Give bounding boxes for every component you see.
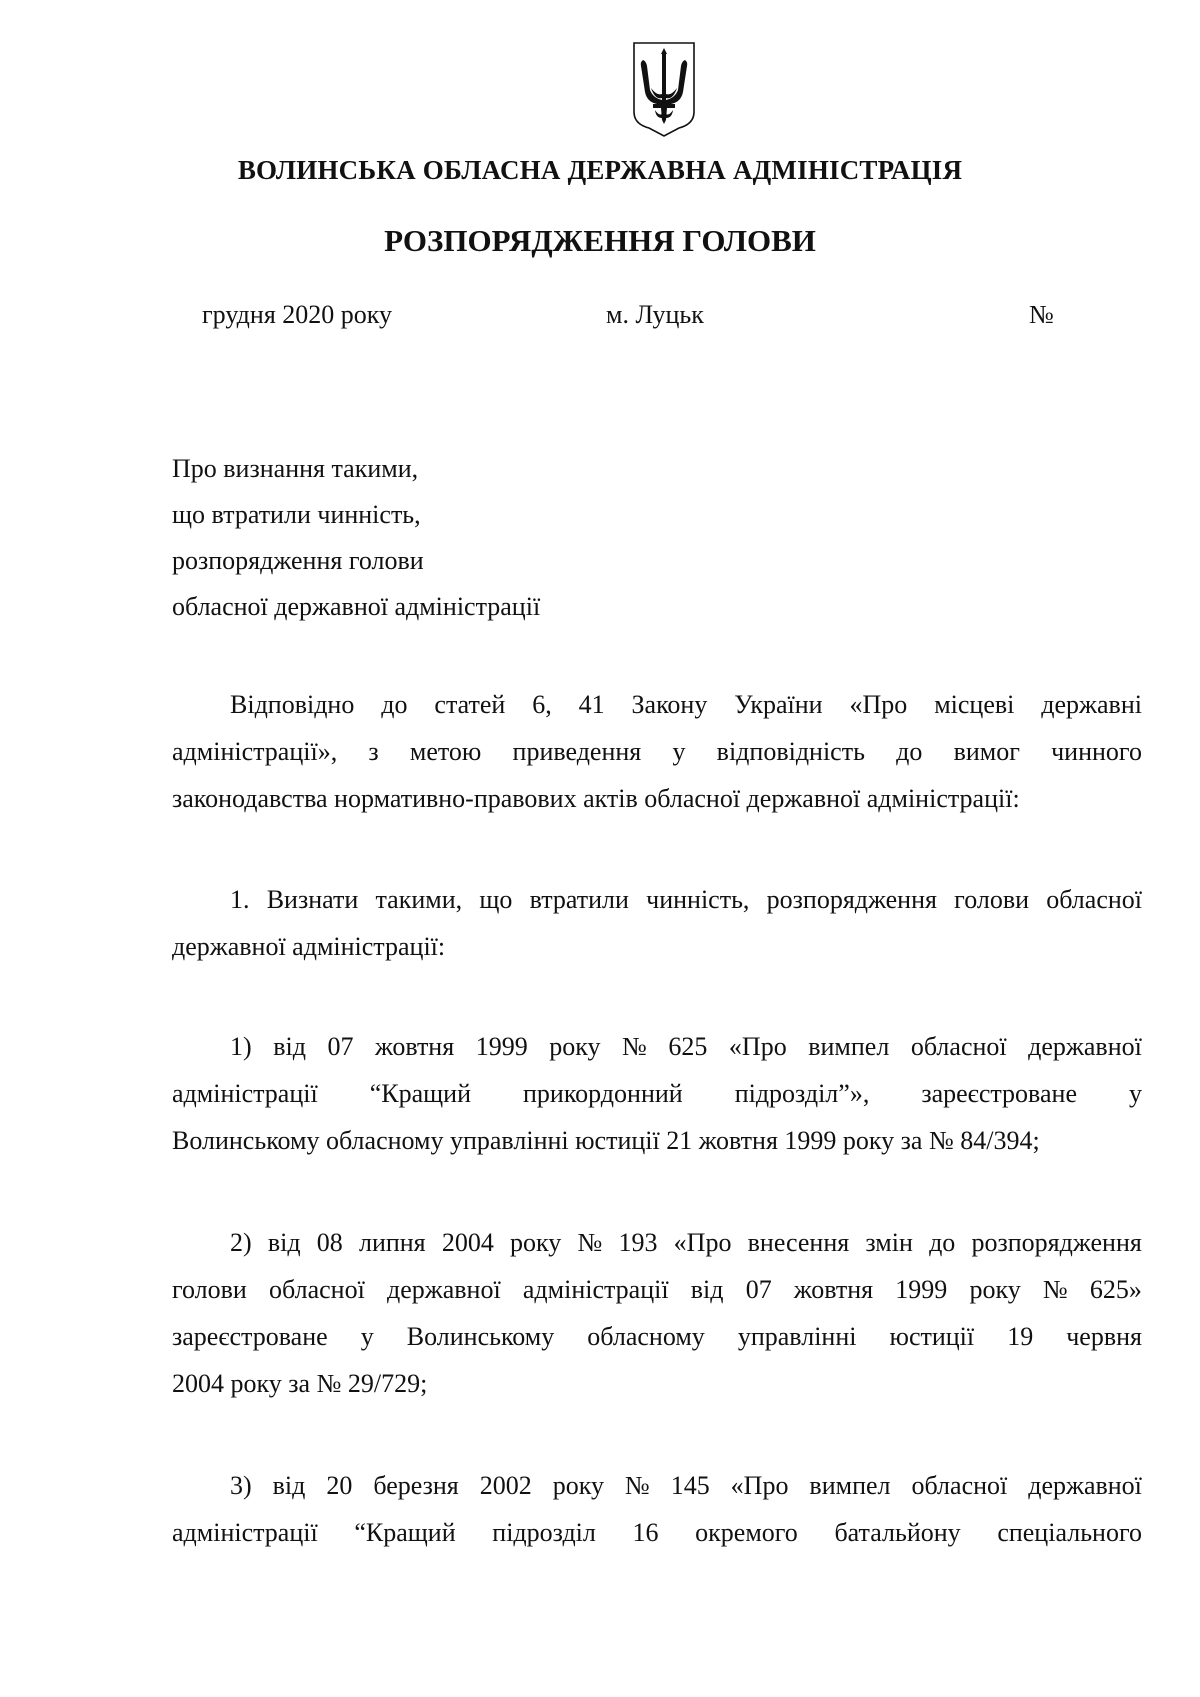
document-date: грудня 2020 року bbox=[202, 300, 392, 330]
paragraph-line: адміністрації“Кращийприкордоннийпідрозді… bbox=[172, 1070, 1142, 1117]
paragraph-line: 2)від08липня2004року№193«Провнесеннязмін… bbox=[172, 1219, 1142, 1266]
paragraph-line: адміністрації»,зметоюприведенняувідповід… bbox=[172, 728, 1142, 775]
paragraph-line: 1.Визнатитакими,щовтратиличинність,розпо… bbox=[172, 876, 1142, 923]
paragraph-line: зареєстрованеуВолинськомуобласномууправл… bbox=[172, 1313, 1142, 1360]
paragraph-line: державної адміністрації: bbox=[172, 923, 1142, 970]
paragraph-line: Відповіднодостатей6,41ЗаконуУкраїни«Пром… bbox=[172, 681, 1142, 728]
document-city: м. Луцьк bbox=[606, 300, 704, 330]
document-number-label: № bbox=[1029, 300, 1054, 330]
paragraph-line: 1)від07жовтня1999року№625«Провимпелоблас… bbox=[172, 1023, 1142, 1070]
document-type-title: РОЗПОРЯДЖЕННЯ ГОЛОВИ bbox=[0, 223, 1200, 259]
document-page: ВОЛИНСЬКА ОБЛАСНА ДЕРЖАВНА АДМІНІСТРАЦІЯ… bbox=[0, 0, 1200, 1697]
item-1-paragraph: 1.Визнатитакими,щовтратиличинність,розпо… bbox=[172, 876, 1142, 970]
legal-basis-paragraph: Відповіднодостатей6,41ЗаконуУкраїни«Пром… bbox=[172, 681, 1142, 822]
paragraph-line: 2004 року за № 29/729; bbox=[172, 1360, 1142, 1407]
subitem-1-paragraph: 1)від07жовтня1999року№625«Провимпелоблас… bbox=[172, 1023, 1142, 1164]
subitem-3-paragraph: 3)від20березня2002року№145«Провимпелобла… bbox=[172, 1462, 1142, 1556]
paragraph-line: адміністрації“Кращийпідрозділ16окремогоб… bbox=[172, 1509, 1142, 1556]
organization-name: ВОЛИНСЬКА ОБЛАСНА ДЕРЖАВНА АДМІНІСТРАЦІЯ bbox=[0, 155, 1200, 186]
subject-line: що втратили чинність, bbox=[172, 492, 540, 538]
document-subject: Про визнання такими, що втратили чинніст… bbox=[172, 446, 540, 630]
paragraph-line: 3)від20березня2002року№145«Провимпелобла… bbox=[172, 1462, 1142, 1509]
paragraph-line: Волинському обласному управлінні юстиції… bbox=[172, 1117, 1142, 1164]
subject-line: розпорядження голови bbox=[172, 538, 540, 584]
tryzub-coat-of-arms-icon bbox=[631, 40, 697, 138]
subject-line: обласної державної адміністрації bbox=[172, 584, 540, 630]
subitem-2-paragraph: 2)від08липня2004року№193«Провнесеннязмін… bbox=[172, 1219, 1142, 1407]
paragraph-line: законодавства нормативно-правових актів … bbox=[172, 775, 1142, 822]
paragraph-line: головиобласноїдержавноїадміністраціївід0… bbox=[172, 1266, 1142, 1313]
subject-line: Про визнання такими, bbox=[172, 446, 540, 492]
